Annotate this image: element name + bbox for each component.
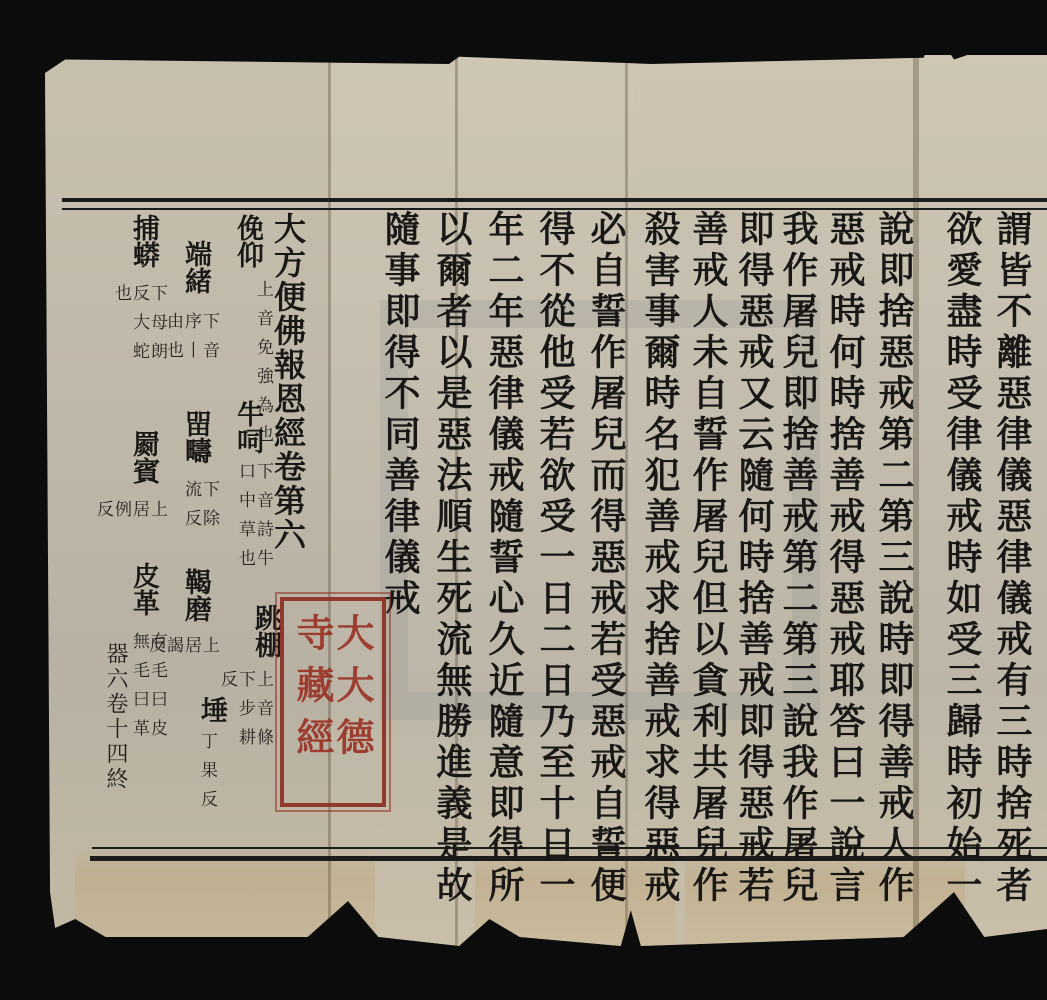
gloss-word: 端緒: [180, 240, 210, 294]
gloss-note: 有毛曰皮無毛曰革: [130, 632, 166, 772]
text-column: 即得惡戒又云隨何時捨善戒即得惡戒若: [734, 210, 774, 907]
top-border-rule-outer: [62, 198, 1047, 202]
gloss-word: 牛呞: [232, 400, 262, 454]
gloss-note: 下音詩牛口中草也: [234, 462, 272, 582]
red-seal-stamp: 大大德 寺藏經: [280, 597, 386, 807]
gloss-word: 跳棚: [250, 604, 280, 658]
text-column: 惡戒時何時捨善戒得惡戒耶答曰一說言: [825, 210, 865, 907]
gloss-word: 皮革: [128, 562, 158, 616]
text-column: 欲愛盡時受律儀戒時如受三歸時初始一: [942, 210, 982, 907]
gloss-word: 㽞疇: [180, 410, 210, 464]
gloss-word: 鞨磨: [180, 568, 210, 622]
gloss-note: 下母朗反大蛇也: [130, 284, 166, 394]
seal-column-right: 大大德: [330, 613, 374, 769]
gloss-note: 上居謁反: [182, 636, 218, 686]
gloss-note: 上音條下步耕反: [234, 670, 272, 780]
gloss-word: 罽賓: [128, 430, 158, 484]
gloss-note: 上居例反: [130, 500, 166, 550]
text-column: 隨事即得不同善律儀戒: [380, 210, 420, 620]
gloss-word: 埵: [196, 696, 226, 723]
gloss-note: 下除流反: [182, 480, 218, 560]
text-column: 說即捨惡戒第二第三說時即得善戒人作: [874, 210, 914, 907]
text-column: 必自誓作屠兒而得惡戒若受惡戒自誓便: [586, 210, 626, 907]
text-column: 善戒人未自誓作屠兒但以貪利共屠兒作: [688, 210, 728, 907]
text-column: 謂皆不離惡律儀惡律儀戒有三時捨死者: [992, 210, 1032, 907]
text-column: 以爾者以是惡法順生死流無勝進義是故: [432, 210, 472, 907]
gloss-word: 俛仰: [232, 214, 262, 268]
text-column: 殺害事爾時名犯善戒求捨善戒求得惡戒: [640, 210, 680, 907]
seal-column-left: 寺藏經: [290, 613, 334, 769]
colophon-text: 器六卷十四終: [100, 642, 131, 792]
text-column: 年二年惡律儀戒隨誓心久近隨意即得所: [484, 210, 524, 907]
gloss-note: 丁果反: [196, 732, 216, 832]
text-column: 得不從他受若欲受一日二日乃至十日一: [535, 210, 575, 907]
panel-fold: [328, 55, 331, 955]
sutra-title-column: 大方便佛報恩經卷第六: [268, 212, 308, 552]
text-column: 我作屠兒即捨善戒第二第三說我作屠兒: [778, 210, 818, 907]
gloss-note: 下音序丨由也: [182, 312, 218, 392]
gloss-word: 捕蟒: [128, 214, 158, 268]
